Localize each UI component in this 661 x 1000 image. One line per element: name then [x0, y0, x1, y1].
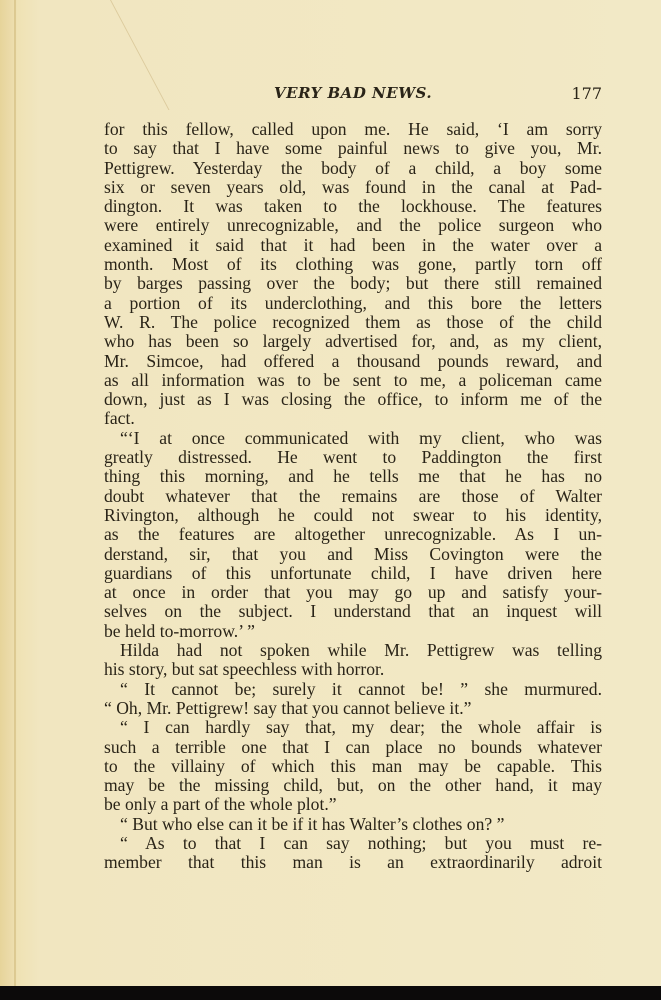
text-line: “ I can hardly say that, my dear; the wh…: [104, 718, 602, 737]
text-line: a portion of its underclothing, and this…: [104, 294, 602, 313]
text-line: as all information was to be sent to me,…: [104, 371, 602, 390]
body-text: for this fellow, called upon me. He said…: [104, 120, 602, 873]
text-line: doubt whatever that the remains are thos…: [104, 487, 602, 506]
page-header: VERY BAD NEWS. 177: [104, 84, 602, 106]
text-line: W. R. The police recognized them as thos…: [104, 313, 602, 332]
text-line: Mr. Simcoe, had offered a thousand pound…: [104, 352, 602, 371]
book-page: VERY BAD NEWS. 177 for this fellow, call…: [0, 0, 661, 986]
text-line: six or seven years old, was found in the…: [104, 178, 602, 197]
text-line: at once in order that you may go up and …: [104, 583, 602, 602]
scan-bottom-edge: [0, 986, 661, 1000]
text-line: be held to-morrow.’ ”: [104, 622, 602, 641]
text-line: Rivington, although he could not swear t…: [104, 506, 602, 525]
page-gutter: [14, 0, 16, 986]
text-line: to the villainy of which this man may be…: [104, 757, 602, 776]
text-line: selves on the subject. I understand that…: [104, 602, 602, 621]
text-line: derstand, sir, that you and Miss Covingt…: [104, 545, 602, 564]
text-line: Pettigrew. Yesterday the body of a child…: [104, 159, 602, 178]
text-line: “ Oh, Mr. Pettigrew! say that you cannot…: [104, 699, 602, 718]
text-line: down, just as I was closing the office, …: [104, 390, 602, 409]
text-line: Hilda had not spoken while Mr. Pettigrew…: [104, 641, 602, 660]
text-line: examined it said that it had been in the…: [104, 236, 602, 255]
page-number: 177: [571, 84, 602, 103]
text-line: greatly distressed. He went to Paddingto…: [104, 448, 602, 467]
text-line: be only a part of the whole plot.”: [104, 795, 602, 814]
text-line: thing this morning, and he tells me that…: [104, 467, 602, 486]
text-line: month. Most of its clothing was gone, pa…: [104, 255, 602, 274]
text-line: dington. It was taken to the lockhouse. …: [104, 197, 602, 216]
text-line: “ But who else can it be if it has Walte…: [104, 815, 602, 834]
text-line: were entirely unrecognizable, and the po…: [104, 216, 602, 235]
running-title: VERY BAD NEWS.: [274, 84, 432, 102]
text-line: guardians of this unfortunate child, I h…: [104, 564, 602, 583]
text-line: may be the missing child, but, on the ot…: [104, 776, 602, 795]
text-line: member that this man is an extraordinari…: [104, 853, 602, 872]
text-line: his story, but sat speechless with horro…: [104, 660, 602, 679]
text-line: fact.: [104, 409, 602, 428]
text-line: by barges passing over the body; but the…: [104, 274, 602, 293]
text-line: to say that I have some painful news to …: [104, 139, 602, 158]
text-line: “ As to that I can say nothing; but you …: [104, 834, 602, 853]
text-line: “ It cannot be; surely it cannot be! ” s…: [104, 680, 602, 699]
text-line: “‘I at once communicated with my client,…: [104, 429, 602, 448]
text-line: as the features are altogether unrecogni…: [104, 525, 602, 544]
text-line: who has been so largely advertised for, …: [104, 332, 602, 351]
text-line: such a terrible one that I can place no …: [104, 738, 602, 757]
text-line: for this fellow, called upon me. He said…: [104, 120, 602, 139]
